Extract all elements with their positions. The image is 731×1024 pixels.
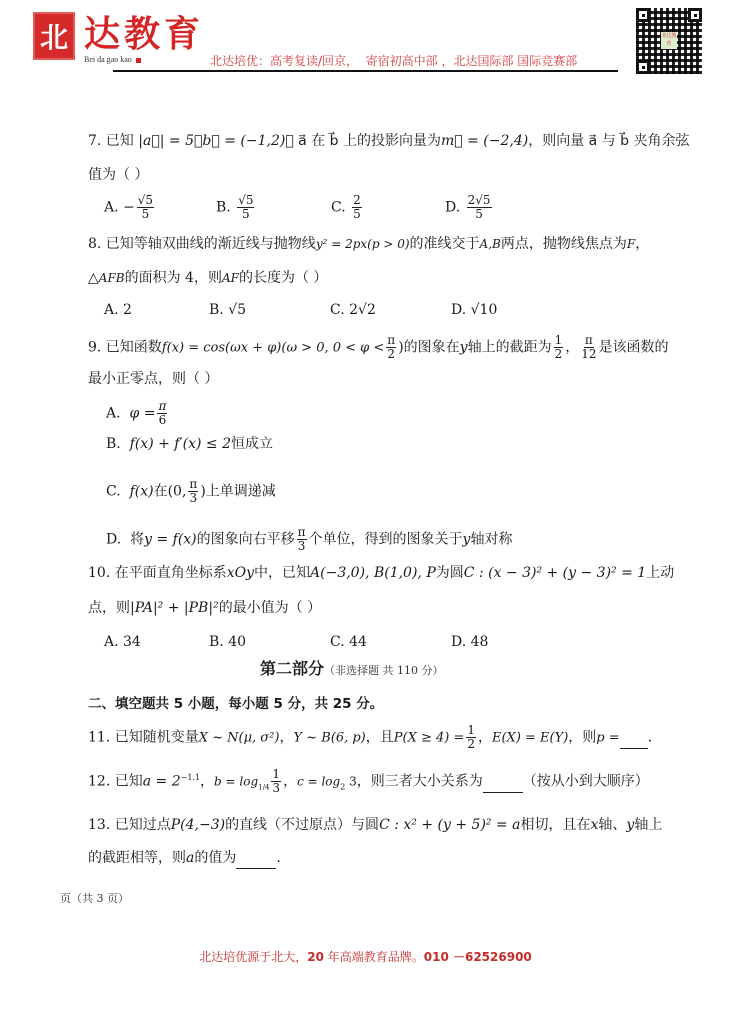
q8-option-b[interactable]: B. √5 xyxy=(209,300,246,320)
fraction: π3 xyxy=(188,478,198,505)
q8-text: 的面积为 4，则 xyxy=(125,270,222,286)
logo-subtitle-text: Bei da gao kao xyxy=(84,55,132,64)
q11-text: ，则 xyxy=(568,730,596,746)
qr-code-icon: 北达教育 xyxy=(636,8,702,74)
qr-center-logo: 北达教育 xyxy=(661,32,677,49)
logo-text: 达教育 xyxy=(84,6,204,57)
denominator: 5 xyxy=(353,208,361,221)
question-11: 11. 已知随机变量X ~ N(μ, σ²)，Y ~ B(6, p)，且P(X … xyxy=(88,724,652,751)
page-number: 页（共 3 页） xyxy=(60,890,129,906)
option-text: 轴对称 xyxy=(470,532,512,548)
q7-math-m: m⃗ = (−2,4) xyxy=(441,133,528,149)
triangle-symbol: △ xyxy=(88,270,99,286)
q8-text: 的准线交于 xyxy=(410,236,480,252)
q11-math: P(X ≥ 4) = xyxy=(394,731,465,746)
q13-math: C : x² + (y + 5)² = a xyxy=(379,817,520,833)
denominator: 2 xyxy=(387,348,395,361)
question-12: 12. 已知a = 2−1.1，b = log1/413，c = log2 3，… xyxy=(88,768,649,797)
question-9: 9. 已知函数f(x) = cos(ωx + φ)(ω > 0, 0 < φ <… xyxy=(88,334,669,361)
ad-text: 北达培优源于北大， xyxy=(199,950,307,964)
option-label: B. xyxy=(209,634,224,650)
option-math: f(x) xyxy=(130,484,154,500)
q10-text: 的最小值为（ ） xyxy=(219,600,321,616)
option-text: 的图象向右平移 xyxy=(197,532,295,548)
fraction: π3 xyxy=(297,526,307,553)
q11-math: X ~ N(μ, σ²) xyxy=(199,731,280,746)
q12-log-base: 1/4 xyxy=(258,783,269,791)
q7-text-suffix: ，则向量 a⃗ 与 b⃗ 夹角余弦 xyxy=(528,133,689,149)
q7-option-b[interactable]: B. √55 xyxy=(216,194,256,221)
q8-text: 的长度为（ ） xyxy=(239,270,327,286)
q12-text: 12. 已知 xyxy=(88,774,143,790)
option-value: √10 xyxy=(471,302,498,318)
option-value: √5 xyxy=(228,302,246,318)
q13-text: 轴上 xyxy=(634,817,662,833)
fraction: √55 xyxy=(237,194,254,221)
option-label: B. xyxy=(209,302,224,318)
option-text: 将 xyxy=(130,532,144,548)
footer-advert: 北达培优源于北大，20 年高端教育品牌。010 －62526900 xyxy=(0,948,731,965)
q12-text: （按从小到大顺序） xyxy=(523,774,649,790)
q10-option-c[interactable]: C. 44 xyxy=(330,632,367,652)
option-math: y = f(x) xyxy=(144,532,197,548)
fraction: 13 xyxy=(271,768,281,795)
q7-option-c[interactable]: C. 25 xyxy=(331,194,364,221)
answer-blank[interactable] xyxy=(236,848,276,869)
logo-dot-icon xyxy=(136,58,141,63)
option-math: φ = xyxy=(129,406,155,422)
logo-mark: 北 xyxy=(33,12,75,60)
fraction: 25 xyxy=(352,194,362,221)
q8-text: 两点，抛物线焦点为 xyxy=(501,236,627,252)
option-text: 恒成立 xyxy=(231,436,273,452)
q11-text: ，且 xyxy=(366,730,394,746)
q10-text: 上动 xyxy=(646,565,674,581)
option-label: C. xyxy=(331,200,346,216)
denominator: 2 xyxy=(467,738,475,751)
option-label: D. xyxy=(451,302,466,318)
answer-blank[interactable] xyxy=(620,728,648,749)
denominator: 3 xyxy=(298,540,306,553)
q9-text: ， xyxy=(565,340,579,356)
fraction: 12 xyxy=(466,724,476,751)
part-title: 第二部分 xyxy=(260,659,324,678)
option-text: 在 xyxy=(154,484,168,500)
q13-text: 的直线（不过原点）与圆 xyxy=(225,817,379,833)
fraction: 12 xyxy=(554,334,564,361)
part-two-title: 第二部分（非选择题 共 110 分） xyxy=(260,656,444,679)
qr-finder-icon xyxy=(636,8,650,22)
question-10: 10. 在平面直角坐标系xOy中，已知A(−3,0), B(1,0), P为圆C… xyxy=(88,563,674,583)
q11-text: ， xyxy=(478,730,492,746)
numerator: π xyxy=(584,334,594,348)
option-label: C. xyxy=(330,634,345,650)
header-divider xyxy=(113,70,618,72)
q9-option-b[interactable]: B. f(x) + f′(x) ≤ 2恒成立 xyxy=(106,434,273,454)
option-value: 2 xyxy=(123,302,132,318)
denominator: 5 xyxy=(242,208,250,221)
logo-subtitle: Bei da gao kao xyxy=(84,55,141,64)
q8-option-d[interactable]: D. √10 xyxy=(451,300,497,320)
numerator: 1 xyxy=(554,334,564,348)
q13-text: 13. 已知过点 xyxy=(88,817,171,833)
question-13-line-2: 的截距相等，则a的值为 . xyxy=(88,848,281,869)
ad-text: 年高端教育品牌。 xyxy=(324,950,424,964)
q10-text: 为圆 xyxy=(436,565,464,581)
ad-number: 20 xyxy=(307,950,324,964)
question-13: 13. 已知过点P(4,−3)的直线（不过原点）与圆C : x² + (y + … xyxy=(88,815,662,835)
q7-text-mid: a⃗ 在 b⃗ 上的投影向量为 xyxy=(298,133,441,149)
q9-text: 是该函数的 xyxy=(599,340,669,356)
q13-math: P(4,−3) xyxy=(171,817,225,833)
q12-text: ， xyxy=(200,774,214,790)
question-9-line-2: 最小正零点，则（ ） xyxy=(88,369,218,389)
q10-math-points: A(−3,0), B(1,0), P xyxy=(310,565,436,581)
q12-math: a = 2 xyxy=(143,774,181,790)
fraction: π12 xyxy=(581,334,596,361)
option-label: A. xyxy=(106,406,121,422)
option-value: 34 xyxy=(123,634,141,650)
q10-math-sum: |PA|² + |PB|² xyxy=(130,600,219,616)
part-subtitle: （非选择题 共 110 分） xyxy=(324,664,444,677)
q7-text: 7. 已知 xyxy=(88,133,134,149)
fraction: √55 xyxy=(137,194,154,221)
denominator: 5 xyxy=(475,208,483,221)
option-label: B. xyxy=(106,436,121,452)
q8-text: ， xyxy=(635,236,649,252)
q13-text: . xyxy=(276,850,280,866)
q9-math-func: f(x) = cos(ωx + φ) xyxy=(162,341,282,356)
answer-blank[interactable] xyxy=(483,772,523,793)
q8-math-triangle: AFB xyxy=(99,271,125,285)
q8-math-parabola: y² = 2px(p > 0) xyxy=(316,237,410,251)
qr-finder-icon xyxy=(688,8,702,22)
option-label: A. xyxy=(104,200,119,216)
option-math: (0, xyxy=(168,484,187,500)
numerator: π xyxy=(386,334,396,348)
fraction: 2√55 xyxy=(467,194,492,221)
question-8-line-2: △AFB的面积为 4，则AF的长度为（ ） xyxy=(88,268,327,288)
q9-text: 轴上的截距为 xyxy=(468,340,552,356)
q9-option-c[interactable]: C. f(x)在(0,π3)上单调递减 xyxy=(106,478,276,505)
header-tagline: 北达培优：高考复读/回京， 寄宿初高中部 ，北达国际部 国际竞赛部 xyxy=(210,52,577,69)
q10-math-xoy: xOy xyxy=(227,565,254,581)
option-text: 上单调递减 xyxy=(206,484,276,500)
q11-text: ， xyxy=(279,730,293,746)
numerator: π xyxy=(157,400,167,414)
ad-phone: 010 －62526900 xyxy=(424,950,532,964)
denominator: 5 xyxy=(142,208,150,221)
q9-option-a[interactable]: A. φ =π6 xyxy=(106,400,169,427)
page-header: 北 达教育 Bei da gao kao 北达培优：高考复读/回京， 寄宿初高中… xyxy=(0,0,731,85)
option-label: A. xyxy=(104,302,119,318)
q13-text: 相切，且在 xyxy=(521,817,591,833)
option-label: B. xyxy=(216,200,231,216)
q7-math-abs-a: |a⃗| = 5 xyxy=(138,133,194,149)
option-sign: − xyxy=(123,200,135,216)
q10-option-d[interactable]: D. 48 xyxy=(451,632,488,652)
q10-math-circle: C : (x − 3)² + (y − 3)² = 1 xyxy=(464,565,646,581)
q12-math: b = log xyxy=(214,775,258,789)
qr-finder-icon xyxy=(636,60,650,74)
option-label: D. xyxy=(445,200,460,216)
option-label: C. xyxy=(330,302,345,318)
q12-math: c = log xyxy=(297,775,340,789)
q10-option-b[interactable]: B. 40 xyxy=(209,632,246,652)
q10-option-a[interactable]: A. 34 xyxy=(104,632,141,652)
fraction: π2 xyxy=(386,334,396,361)
q9-text: 9. 已知函数 xyxy=(88,340,162,356)
q7-option-a[interactable]: A. −√55 xyxy=(104,194,156,221)
q12-text: ，则三者大小关系为 xyxy=(357,774,483,790)
option-label: A. xyxy=(104,634,119,650)
q10-text: 中，已知 xyxy=(254,565,310,581)
q9-math-cond: (ω > 0, 0 < φ < xyxy=(281,341,384,356)
q9-option-d[interactable]: D. 将y = f(x)的图象向右平移π3个单位，得到的图象关于y轴对称 xyxy=(106,526,512,553)
q7-math-b: ，b⃗ = (−1,2)， xyxy=(194,133,294,149)
option-value: 40 xyxy=(228,634,246,650)
q8-math-points: A,B xyxy=(480,237,501,251)
q7-option-d[interactable]: D. 2√55 xyxy=(445,194,494,221)
denominator: 6 xyxy=(159,414,167,427)
numerator: 2√5 xyxy=(467,194,492,208)
option-math: f(x) + f′(x) ≤ 2 xyxy=(130,436,231,452)
q8-math-f: F xyxy=(627,237,635,251)
q9-text: 的图象在 xyxy=(404,340,460,356)
numerator: 1 xyxy=(271,768,281,782)
q11-math: E(X) = E(Y) xyxy=(492,731,568,746)
section-heading: 二、填空题共 5 小题，每小题 5 分，共 25 分。 xyxy=(88,694,383,714)
q12-exponent: −1.1 xyxy=(181,773,200,782)
q13-text: 的截距相等，则 xyxy=(88,850,186,866)
q8-option-a[interactable]: A. 2 xyxy=(104,300,132,320)
question-7-line-2: 值为（ ） xyxy=(88,165,148,185)
q11-math: p = xyxy=(596,731,619,746)
q13-text: 轴、 xyxy=(598,817,626,833)
q11-math: Y ~ B(6, p) xyxy=(293,731,365,746)
numerator: 2 xyxy=(352,194,362,208)
denominator: 3 xyxy=(190,492,198,505)
q11-text: 11. 已知随机变量 xyxy=(88,730,199,746)
option-label: C. xyxy=(106,484,121,500)
option-label: D. xyxy=(451,634,466,650)
question-8: 8. 已知等轴双曲线的渐近线与抛物线y² = 2px(p > 0)的准线交于A,… xyxy=(88,234,649,254)
option-value: 2√2 xyxy=(349,302,376,318)
numerator: √5 xyxy=(237,194,254,208)
q11-text: . xyxy=(648,730,652,746)
denominator: 2 xyxy=(555,348,563,361)
option-value: 48 xyxy=(471,634,489,650)
q9-math-y: y xyxy=(460,340,468,356)
numerator: π xyxy=(297,526,307,540)
q10-text: 点，则 xyxy=(88,600,130,616)
option-value: 44 xyxy=(349,634,367,650)
numerator: 1 xyxy=(466,724,476,738)
q10-text: 10. 在平面直角坐标系 xyxy=(88,565,227,581)
logo-char: 北 xyxy=(40,16,68,56)
fraction: π6 xyxy=(157,400,167,427)
q13-text: 的值为 xyxy=(194,850,236,866)
q12-text: ， xyxy=(283,774,297,790)
question-10-line-2: 点，则|PA|² + |PB|²的最小值为（ ） xyxy=(88,598,321,618)
q12-math: 3 xyxy=(345,775,356,789)
numerator: π xyxy=(188,478,198,492)
numerator: √5 xyxy=(137,194,154,208)
q8-option-c[interactable]: C. 2√2 xyxy=(330,300,376,320)
denominator: 3 xyxy=(272,782,280,795)
option-label: D. xyxy=(106,532,121,548)
denominator: 12 xyxy=(581,348,596,361)
q8-math-af: AF xyxy=(222,271,239,285)
question-7: 7. 已知 |a⃗| = 5，b⃗ = (−1,2)， a⃗ 在 b⃗ 上的投影… xyxy=(88,131,690,151)
q8-text: 8. 已知等轴双曲线的渐近线与抛物线 xyxy=(88,236,316,252)
option-text: 个单位，得到的图象关于 xyxy=(309,532,463,548)
